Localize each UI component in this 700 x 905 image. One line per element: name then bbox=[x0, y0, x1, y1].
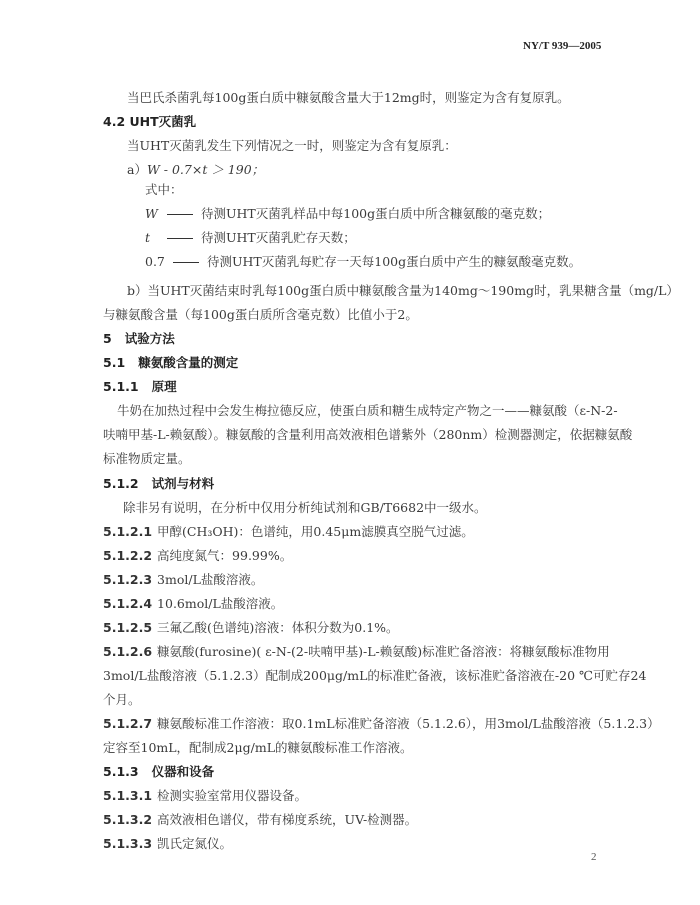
reagent-item: 5.1.2.33mol/L盐酸溶液。 bbox=[103, 572, 263, 588]
reagent-item-continuation: 个月。 bbox=[103, 692, 141, 708]
item-a-label: a） bbox=[127, 162, 147, 177]
section-number: 5 bbox=[103, 331, 112, 346]
reagent-item: 5.1.2.7糠氨酸标准工作溶液：取0.1mL标准贮备溶液（5.1.2.6），用… bbox=[103, 716, 660, 732]
reagent-item-continuation: 定容至10mL，配制成2μg/mL的糠氨酸标准工作溶液。 bbox=[103, 740, 413, 756]
principle-line-1: 牛奶在加热过程中会发生梅拉德反应，使蛋白质和糖生成特定产物之一——糠氨酸（ε-N… bbox=[117, 403, 618, 419]
variable-definition-t: t待测UHT灭菌乳贮存天数； bbox=[145, 230, 356, 246]
principle-line-2: 呋喃甲基-L-赖氨酸）。糠氨酸的含量利用高效液相色谱紫外（280nm）检测器测定… bbox=[103, 427, 632, 443]
section-title: UHT灭菌乳 bbox=[130, 114, 197, 129]
item-b-line2: 与糠氨酸含量（每100g蛋白质所含毫克数）比值小于2。 bbox=[103, 307, 418, 323]
reagent-item: 5.1.2.410.6mol/L盐酸溶液。 bbox=[103, 596, 283, 612]
item-text: 10.6mol/L盐酸溶液。 bbox=[157, 596, 283, 611]
section-number: 5.1 bbox=[103, 355, 125, 370]
variable-description: 待测UHT灭菌乳样品中每100g蛋白质中所含糠氨酸的毫克数； bbox=[201, 206, 550, 221]
section-number: 4.2 bbox=[103, 114, 125, 129]
item-number: 5.1.2.4 bbox=[103, 596, 152, 611]
section-5-1-1-heading: 5.1.1 原理 bbox=[103, 379, 177, 395]
equipment-item: 5.1.3.1检测实验室常用仪器设备。 bbox=[103, 788, 307, 804]
reagent-item: 5.1.2.6糠氨酸(furosine)( ε-N-(2-呋喃甲基)-L-赖氨酸… bbox=[103, 644, 610, 660]
item-text: 甲醇(CH₃OH)：色谱纯，用0.45μm滤膜真空脱气过滤。 bbox=[157, 524, 474, 539]
variable-symbol: 0.7 bbox=[145, 254, 165, 270]
section-5-1-heading: 5.1 糠氨酸含量的测定 bbox=[103, 355, 238, 371]
variable-description: 待测UHT灭菌乳每贮存一天每100g蛋白质中产生的糠氨酸毫克数。 bbox=[207, 254, 581, 269]
reagents-intro: 除非另有说明，在分析中仅用分析纯试剂和GB/T6682中一级水。 bbox=[123, 500, 487, 516]
item-text: 3mol/L盐酸溶液。 bbox=[157, 572, 263, 587]
dash-separator bbox=[167, 238, 193, 239]
reagent-item: 5.1.2.1甲醇(CH₃OH)：色谱纯，用0.45μm滤膜真空脱气过滤。 bbox=[103, 524, 474, 540]
section-title: 试验方法 bbox=[125, 331, 175, 346]
paragraph-pasteurized: 当巴氏杀菌乳每100g蛋白质中糠氨酸含量大于12mg时，则鉴定为含有复原乳。 bbox=[127, 90, 570, 106]
document-page: NY/T 939—2005 当巴氏杀菌乳每100g蛋白质中糠氨酸含量大于12mg… bbox=[0, 0, 700, 905]
section-5-heading: 5 试验方法 bbox=[103, 331, 175, 347]
item-text: 高效液相色谱仪，带有梯度系统，UV-检测器。 bbox=[157, 812, 417, 827]
dash-separator bbox=[167, 214, 193, 215]
item-number: 5.1.2.5 bbox=[103, 620, 152, 635]
paragraph-uht-intro: 当UHT灭菌乳发生下列情况之一时，则鉴定为含有复原乳： bbox=[127, 138, 457, 154]
section-number: 5.1.3 bbox=[103, 764, 139, 779]
item-text: 糠氨酸标准工作溶液：取0.1mL标准贮备溶液（5.1.2.6），用3mol/L盐… bbox=[157, 716, 660, 731]
section-5-1-2-heading: 5.1.2 试剂与材料 bbox=[103, 476, 214, 492]
section-number: 5.1.1 bbox=[103, 379, 139, 394]
item-number: 5.1.2.6 bbox=[103, 644, 152, 659]
section-4-2-heading: 4.2 UHT灭菌乳 bbox=[103, 114, 196, 130]
equipment-item: 5.1.3.3凯氏定氮仪。 bbox=[103, 836, 232, 852]
variable-symbol: t bbox=[145, 230, 159, 246]
page-number: 2 bbox=[591, 851, 597, 863]
where-label: 式中： bbox=[145, 182, 183, 198]
item-number: 5.1.2.3 bbox=[103, 572, 152, 587]
reagent-item: 5.1.2.2高纯度氮气：99.99%。 bbox=[103, 548, 292, 564]
item-number: 5.1.3.2 bbox=[103, 812, 152, 827]
item-number: 5.1.2.2 bbox=[103, 548, 152, 563]
item-number: 5.1.3.1 bbox=[103, 788, 152, 803]
section-5-1-3-heading: 5.1.3 仪器和设备 bbox=[103, 764, 214, 780]
variable-definition-coef: 0.7待测UHT灭菌乳每贮存一天每100g蛋白质中产生的糠氨酸毫克数。 bbox=[145, 254, 581, 270]
item-number: 5.1.2.7 bbox=[103, 716, 152, 731]
variable-symbol: W bbox=[145, 206, 159, 222]
item-text: 凯氏定氮仪。 bbox=[157, 836, 232, 851]
item-text: 检测实验室常用仪器设备。 bbox=[157, 788, 307, 803]
variable-definition-w: W待测UHT灭菌乳样品中每100g蛋白质中所含糠氨酸的毫克数； bbox=[145, 206, 550, 222]
section-title: 原理 bbox=[152, 379, 177, 394]
item-b-line1: b）当UHT灭菌结束时乳每100g蛋白质中糠氨酸含量为140mg～190mg时，… bbox=[127, 283, 679, 299]
item-text: 糠氨酸(furosine)( ε-N-(2-呋喃甲基)-L-赖氨酸)标准贮备溶液… bbox=[157, 644, 610, 659]
section-number: 5.1.2 bbox=[103, 476, 139, 491]
section-title: 试剂与材料 bbox=[152, 476, 215, 491]
section-title: 糠氨酸含量的测定 bbox=[138, 355, 238, 370]
principle-line-3: 标准物质定量。 bbox=[103, 451, 191, 467]
item-a: a）W - 0.7×t ＞ 190； bbox=[127, 162, 264, 178]
item-text: 三氟乙酸(色谱纯)溶液：体积分数为0.1%。 bbox=[157, 620, 399, 635]
section-title: 仪器和设备 bbox=[152, 764, 215, 779]
dash-separator bbox=[173, 262, 199, 263]
item-number: 5.1.3.3 bbox=[103, 836, 152, 851]
equipment-item: 5.1.3.2高效液相色谱仪，带有梯度系统，UV-检测器。 bbox=[103, 812, 417, 828]
standard-code-header: NY/T 939—2005 bbox=[523, 40, 601, 52]
item-number: 5.1.2.1 bbox=[103, 524, 152, 539]
reagent-item: 5.1.2.5三氟乙酸(色谱纯)溶液：体积分数为0.1%。 bbox=[103, 620, 399, 636]
item-text: 高纯度氮气：99.99%。 bbox=[157, 548, 292, 563]
variable-description: 待测UHT灭菌乳贮存天数； bbox=[201, 230, 356, 245]
reagent-item-continuation: 3mol/L盐酸溶液（5.1.2.3）配制成200μg/mL的标准贮备液，该标准… bbox=[103, 668, 646, 684]
formula: W - 0.7×t ＞ 190； bbox=[147, 162, 264, 177]
